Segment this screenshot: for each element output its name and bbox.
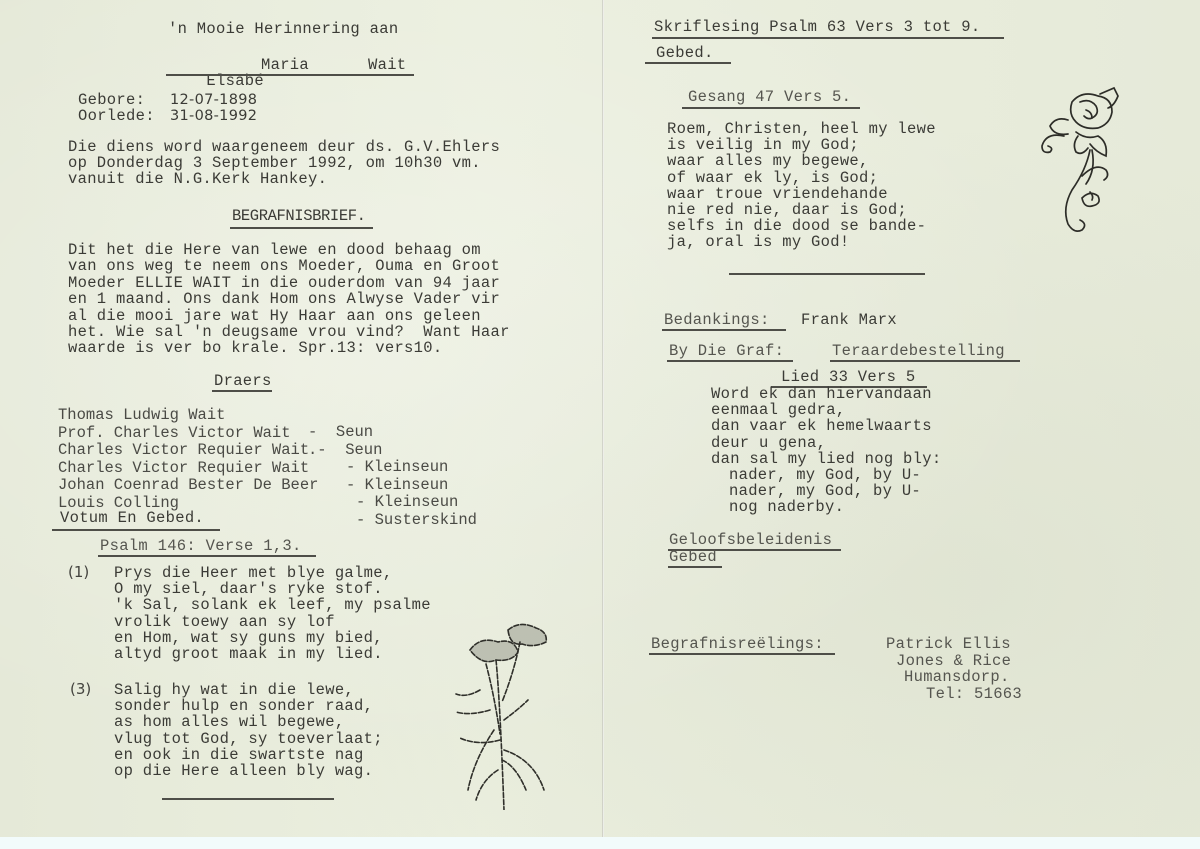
letter-line: van ons weg te neem ons Moeder, Ouma en … <box>68 258 510 274</box>
psalm-verse-3: Salig hy wat in die lewe, sonder hulp en… <box>114 682 383 779</box>
died-date: 31-08-1992 <box>170 108 257 124</box>
verse-line: en ook in die swartste nag <box>114 747 383 763</box>
letter-line: Moeder ELLIE WAIT in die ouderdom van 94… <box>68 275 510 291</box>
verse-line: sonder hulp en sonder raad, <box>114 698 383 714</box>
bearer-row: Thomas Ludwig Wait - Seun <box>58 390 114 408</box>
hymn-verse: Roem, Christen, heel my lewe is veilig i… <box>667 121 936 251</box>
letter-line: al die mooi jare wat Hy Haar aan ons gel… <box>68 308 510 324</box>
bearer-relation: - Kleinseun <box>346 477 448 494</box>
undertaker-town: Humansdorp. <box>904 669 1010 685</box>
verse-number: (3) <box>70 680 91 698</box>
funeral-program-sheet: 'n Mooie Herinnering aan Elsabé Maria Wa… <box>0 0 1200 837</box>
refrain-line: nader, my God, by U- <box>729 467 921 483</box>
refrain-line: nader, my God, by U- <box>729 483 921 499</box>
song-line: dan vaar ek hemelwaarts <box>711 418 941 434</box>
bearer-relation: - Susterskind <box>356 512 477 529</box>
verse-line: Prys die Heer met blye galme, <box>114 565 431 581</box>
song-heading: Lied 33 Vers 5 <box>781 369 915 385</box>
bearer-relation: - Kleinseun <box>356 494 458 511</box>
hymn-line: waar troue vriendehande <box>667 186 936 202</box>
grave-label: By Die Graf: <box>669 343 784 359</box>
bearer-row: Charles Victor Requier Wait - Kleinseun <box>58 425 114 443</box>
hymn-line: is veilig in my God; <box>667 137 936 153</box>
hymn-line: of waar ek ly, is God; <box>667 170 936 186</box>
rose-sketch-icon <box>1030 80 1140 245</box>
song-refrain: nader, my God, by U- nader, my God, by U… <box>729 467 921 516</box>
arrangements-label: Begrafnisreëlings: <box>651 636 824 652</box>
letter-line: en 1 maand. Ons dank Hom ons Alwyse Vade… <box>68 291 510 307</box>
service-details: Die diens word waargeneem deur ds. G.V.E… <box>68 139 500 188</box>
song-line: eenmaal gedra, <box>711 402 941 418</box>
hymn-heading: Gesang 47 Vers 5. <box>688 89 851 105</box>
letter-heading-underline <box>230 227 373 229</box>
carnation-sketch-icon <box>440 620 570 810</box>
grave-value-underline <box>830 360 1020 362</box>
service-line: op Donderdag 3 September 1992, om 10h30 … <box>68 155 500 171</box>
grave-label-underline <box>667 360 793 362</box>
prayer-1: Gebed. <box>656 45 714 61</box>
bearers-heading-underline <box>212 390 272 392</box>
last-name: Wait <box>368 57 406 73</box>
service-line: Die diens word waargeneem deur ds. G.V.E… <box>68 139 500 155</box>
song-verse: Word ek dan hiervandaan eenmaal gedra, d… <box>711 386 941 467</box>
bearer-relation: - Kleinseun <box>346 459 448 476</box>
prayer-1-underline <box>645 62 731 64</box>
bearer-row: Charles Victor Requier Wait - Kleinseun <box>58 443 114 461</box>
letter-line: waarde is ver bo krale. Spr.13: vers10. <box>68 340 510 356</box>
verse-line: as hom alles wil begewe, <box>114 714 383 730</box>
verse-line: op die Here alleen bly wag. <box>114 763 383 779</box>
verse-line: 'k Sal, solank ek leef, my psalme <box>114 597 431 613</box>
bearer-row: Prof. Charles Victor Wait .- Seun <box>58 408 114 426</box>
song-line: dan sal my lied nog bly: <box>711 451 941 467</box>
grave-value: Teraardebestelling <box>832 343 1005 359</box>
prayer-2: Gebed <box>669 549 717 565</box>
letter-heading: BEGRAFNISBRIEF. <box>232 208 366 224</box>
closing-rule-left <box>162 798 334 800</box>
hymn-line: Roem, Christen, heel my lewe <box>667 121 936 137</box>
born-label: Gebore: <box>78 92 145 108</box>
bearer-relation: - Seun <box>308 424 373 441</box>
thanks-name: Frank Marx <box>801 312 897 328</box>
undertaker-firm: Jones & Rice <box>896 653 1011 669</box>
hymn-line: selfs in die dood se bande- <box>667 218 936 234</box>
center-fold <box>602 0 604 837</box>
middle-name: Maria <box>261 57 309 73</box>
thanks-label-underline <box>662 329 786 331</box>
hymn-line: nie red nie, daar is God; <box>667 202 936 218</box>
died-label: Oorlede: <box>78 108 155 124</box>
letter-line: het. Wie sal 'n deugsame vrou vind? Want… <box>68 324 510 340</box>
prayer-2-underline <box>668 566 722 568</box>
bearers-list: Thomas Ludwig Wait - Seun Prof. Charles … <box>58 390 114 495</box>
psalm-heading-underline <box>98 555 316 557</box>
service-line: vanuit die N.G.Kerk Hankey. <box>68 171 500 187</box>
hymn-line: waar alles my begewe, <box>667 153 936 169</box>
letter-line: Dit het die Here van lewe en dood behaag… <box>68 242 510 258</box>
intro-line: 'n Mooie Herinnering aan <box>168 21 398 37</box>
verse-line: O my siel, daar's ryke stof. <box>114 581 431 597</box>
votum-underline <box>52 529 220 531</box>
bearer-row: Louis Colling - Susterskind <box>58 478 114 496</box>
thanks-label: Bedankings: <box>664 312 770 328</box>
name-underline <box>166 74 414 76</box>
arrangements-underline <box>649 653 835 655</box>
bearer-relation: .- Seun <box>308 442 382 459</box>
bearer-row: Johan Coenrad Bester De Beer - Kleinseun <box>58 460 114 478</box>
verse-line: Salig hy wat in die lewe, <box>114 682 383 698</box>
scripture-reading: Skriflesing Psalm 63 Vers 3 tot 9. <box>654 19 980 35</box>
verse-line: vrolik toewy aan sy lof <box>114 614 431 630</box>
born-date: 12-07-1898 <box>170 92 257 108</box>
verse-line: vlug tot God, sy toeverlaat; <box>114 731 383 747</box>
hymn-line: ja, oral is my God! <box>667 234 936 250</box>
psalm-heading: Psalm 146: Verse 1,3. <box>100 538 302 554</box>
votum-heading: Votum En Gebed. <box>60 510 204 526</box>
scripture-underline <box>652 37 1004 39</box>
song-line: Word ek dan hiervandaan <box>711 386 941 402</box>
bearers-heading: Draers <box>214 373 272 389</box>
hymn-heading-underline <box>682 107 860 109</box>
funeral-letter: Dit het die Here van lewe en dood behaag… <box>68 242 510 357</box>
creed: Geloofsbeleidenis <box>669 532 832 548</box>
undertaker-name: Patrick Ellis <box>886 636 1011 652</box>
psalm-verse-1: Prys die Heer met blye galme, O my siel,… <box>114 565 431 662</box>
verse-line: altyd groot maak in my lied. <box>114 646 431 662</box>
closing-rule-right <box>729 273 925 275</box>
undertaker-phone: Tel: 51663 <box>926 686 1022 702</box>
verse-number: (1) <box>68 563 89 581</box>
song-line: deur u gena, <box>711 435 941 451</box>
verse-line: en Hom, wat sy guns my bied, <box>114 630 431 646</box>
refrain-line: nog naderby. <box>729 499 921 515</box>
